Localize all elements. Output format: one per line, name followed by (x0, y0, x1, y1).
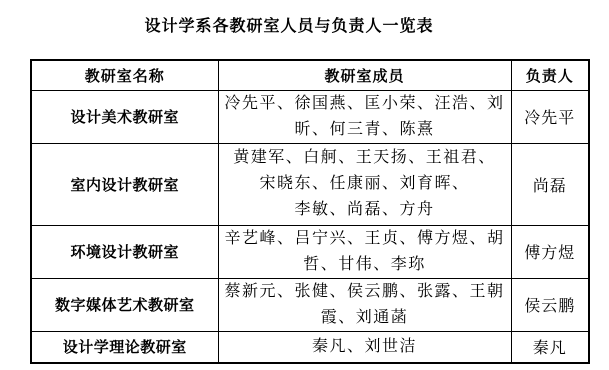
members-line: 李敏、尚磊、方舟 (223, 197, 507, 223)
office-name-cell: 室内设计教研室 (31, 143, 218, 225)
office-name-cell: 环境设计教研室 (31, 225, 218, 278)
page-title: 设计学系各教研室人员与负责人一览表 (0, 0, 578, 36)
table-header-row: 教研室名称 教研室成员 负责人 (31, 60, 589, 90)
members-line: 昕、何三青、陈熹 (223, 117, 507, 143)
members-line: 黄建军、白舸、王天扬、王祖君、 (223, 145, 507, 171)
members-cell: 辛艺峰、吕宁兴、王贞、傅方煜、胡 哲、甘伟、李珎 (218, 225, 511, 278)
members-line: 冷先平、徐国燕、匡小荣、汪浩、刘 (223, 91, 507, 117)
members-line: 霞、刘通菡 (223, 305, 507, 331)
table-row: 设计美术教研室 冷先平、徐国燕、匡小荣、汪浩、刘 昕、何三青、陈熹 冷先平 (31, 90, 589, 143)
table-row: 设计学理论教研室 秦凡、刘世洁 秦凡 (31, 331, 589, 363)
col-header-head: 负责人 (511, 60, 589, 90)
members-cell: 蔡新元、张健、侯云鹏、张露、王朝 霞、刘通菡 (218, 278, 511, 331)
members-cell: 秦凡、刘世洁 (218, 331, 511, 363)
table-row: 环境设计教研室 辛艺峰、吕宁兴、王贞、傅方煜、胡 哲、甘伟、李珎 傅方煜 (31, 225, 589, 278)
members-line: 蔡新元、张健、侯云鹏、张露、王朝 (223, 279, 507, 305)
members-line: 哲、甘伟、李珎 (223, 252, 507, 278)
members-line: 秦凡、刘世洁 (223, 334, 507, 360)
members-cell: 冷先平、徐国燕、匡小荣、汪浩、刘 昕、何三青、陈熹 (218, 90, 511, 143)
col-header-office-name: 教研室名称 (31, 60, 218, 90)
members-line: 辛艺峰、吕宁兴、王贞、傅方煜、胡 (223, 226, 507, 252)
members-cell: 黄建军、白舸、王天扬、王祖君、 宋晓东、任康丽、刘育晖、 李敏、尚磊、方舟 (218, 143, 511, 225)
head-cell: 冷先平 (511, 90, 589, 143)
office-name-cell: 设计美术教研室 (31, 90, 218, 143)
office-name-cell: 设计学理论教研室 (31, 331, 218, 363)
head-cell: 秦凡 (511, 331, 589, 363)
col-header-members: 教研室成员 (218, 60, 511, 90)
table-row: 室内设计教研室 黄建军、白舸、王天扬、王祖君、 宋晓东、任康丽、刘育晖、 李敏、… (31, 143, 589, 225)
staff-table: 教研室名称 教研室成员 负责人 设计美术教研室 冷先平、徐国燕、匡小荣、汪浩、刘… (30, 59, 590, 364)
table-row: 数字媒体艺术教研室 蔡新元、张健、侯云鹏、张露、王朝 霞、刘通菡 侯云鹏 (31, 278, 589, 331)
office-name-cell: 数字媒体艺术教研室 (31, 278, 218, 331)
members-line: 宋晓东、任康丽、刘育晖、 (223, 171, 507, 197)
head-cell: 侯云鹏 (511, 278, 589, 331)
head-cell: 傅方煜 (511, 225, 589, 278)
document-page: 设计学系各教研室人员与负责人一览表 教研室名称 教研室成员 负责人 设计美术教研… (0, 0, 609, 370)
head-cell: 尚磊 (511, 143, 589, 225)
